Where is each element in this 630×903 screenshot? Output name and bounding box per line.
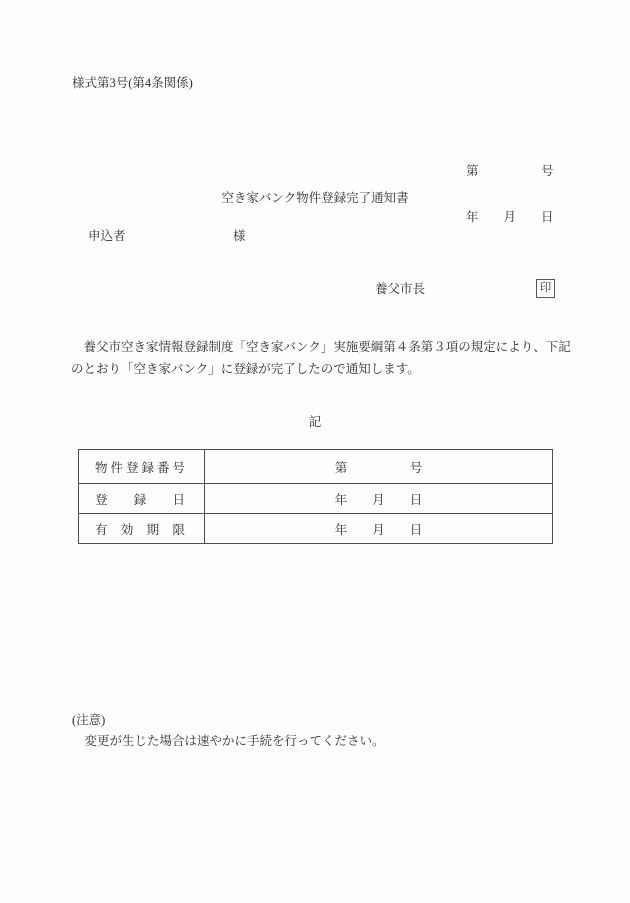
note-heading: (注意): [72, 714, 105, 727]
note-text: 変更が生じた場合は速やかに手続を行ってください。: [72, 735, 385, 748]
applicant-honorific: 様: [233, 230, 246, 243]
document-title: 空き家バンク物件登録完了通知書: [0, 192, 630, 205]
row-label-property-number: 物件登録番号: [95, 458, 185, 476]
mayor-name: 養父市長: [375, 283, 425, 296]
seal-mark: 印: [536, 279, 555, 298]
document-number-line: 第 号: [466, 161, 554, 182]
row-value-property-number: 第 号: [205, 450, 553, 484]
body-paragraph-line-1: 養父市空き家情報登録制度「空き家バンク」実施要綱第４条第３項の規定により、下記: [71, 341, 571, 354]
row-label-registration-date: 登録日: [95, 490, 185, 508]
date-line: 年 月 日: [466, 207, 554, 228]
body-paragraph-line-2: のとおり「空き家バンク」に登録が完了したので通知します。: [71, 363, 420, 376]
document-page: 様式第3号(第4条関係) 第 号 年 月 日 空き家バンク物件登録完了通知書 申…: [0, 0, 630, 903]
registration-table: 物件登録番号 第 号 登録日 年 月 日 有効期限 年 月 日: [78, 449, 553, 544]
applicant-label: 申込者: [88, 230, 126, 243]
row-label-expiration-date: 有効期限: [95, 520, 185, 538]
form-number: 様式第3号(第4条関係): [72, 77, 193, 90]
record-marker: 記: [0, 416, 630, 429]
table-row-property-number: 物件登録番号 第 号: [79, 450, 553, 484]
table-row-expiration-date: 有効期限 年 月 日: [79, 514, 553, 544]
row-value-registration-date: 年 月 日: [205, 484, 553, 514]
row-value-expiration-date: 年 月 日: [205, 514, 553, 544]
table-row-registration-date: 登録日 年 月 日: [79, 484, 553, 514]
